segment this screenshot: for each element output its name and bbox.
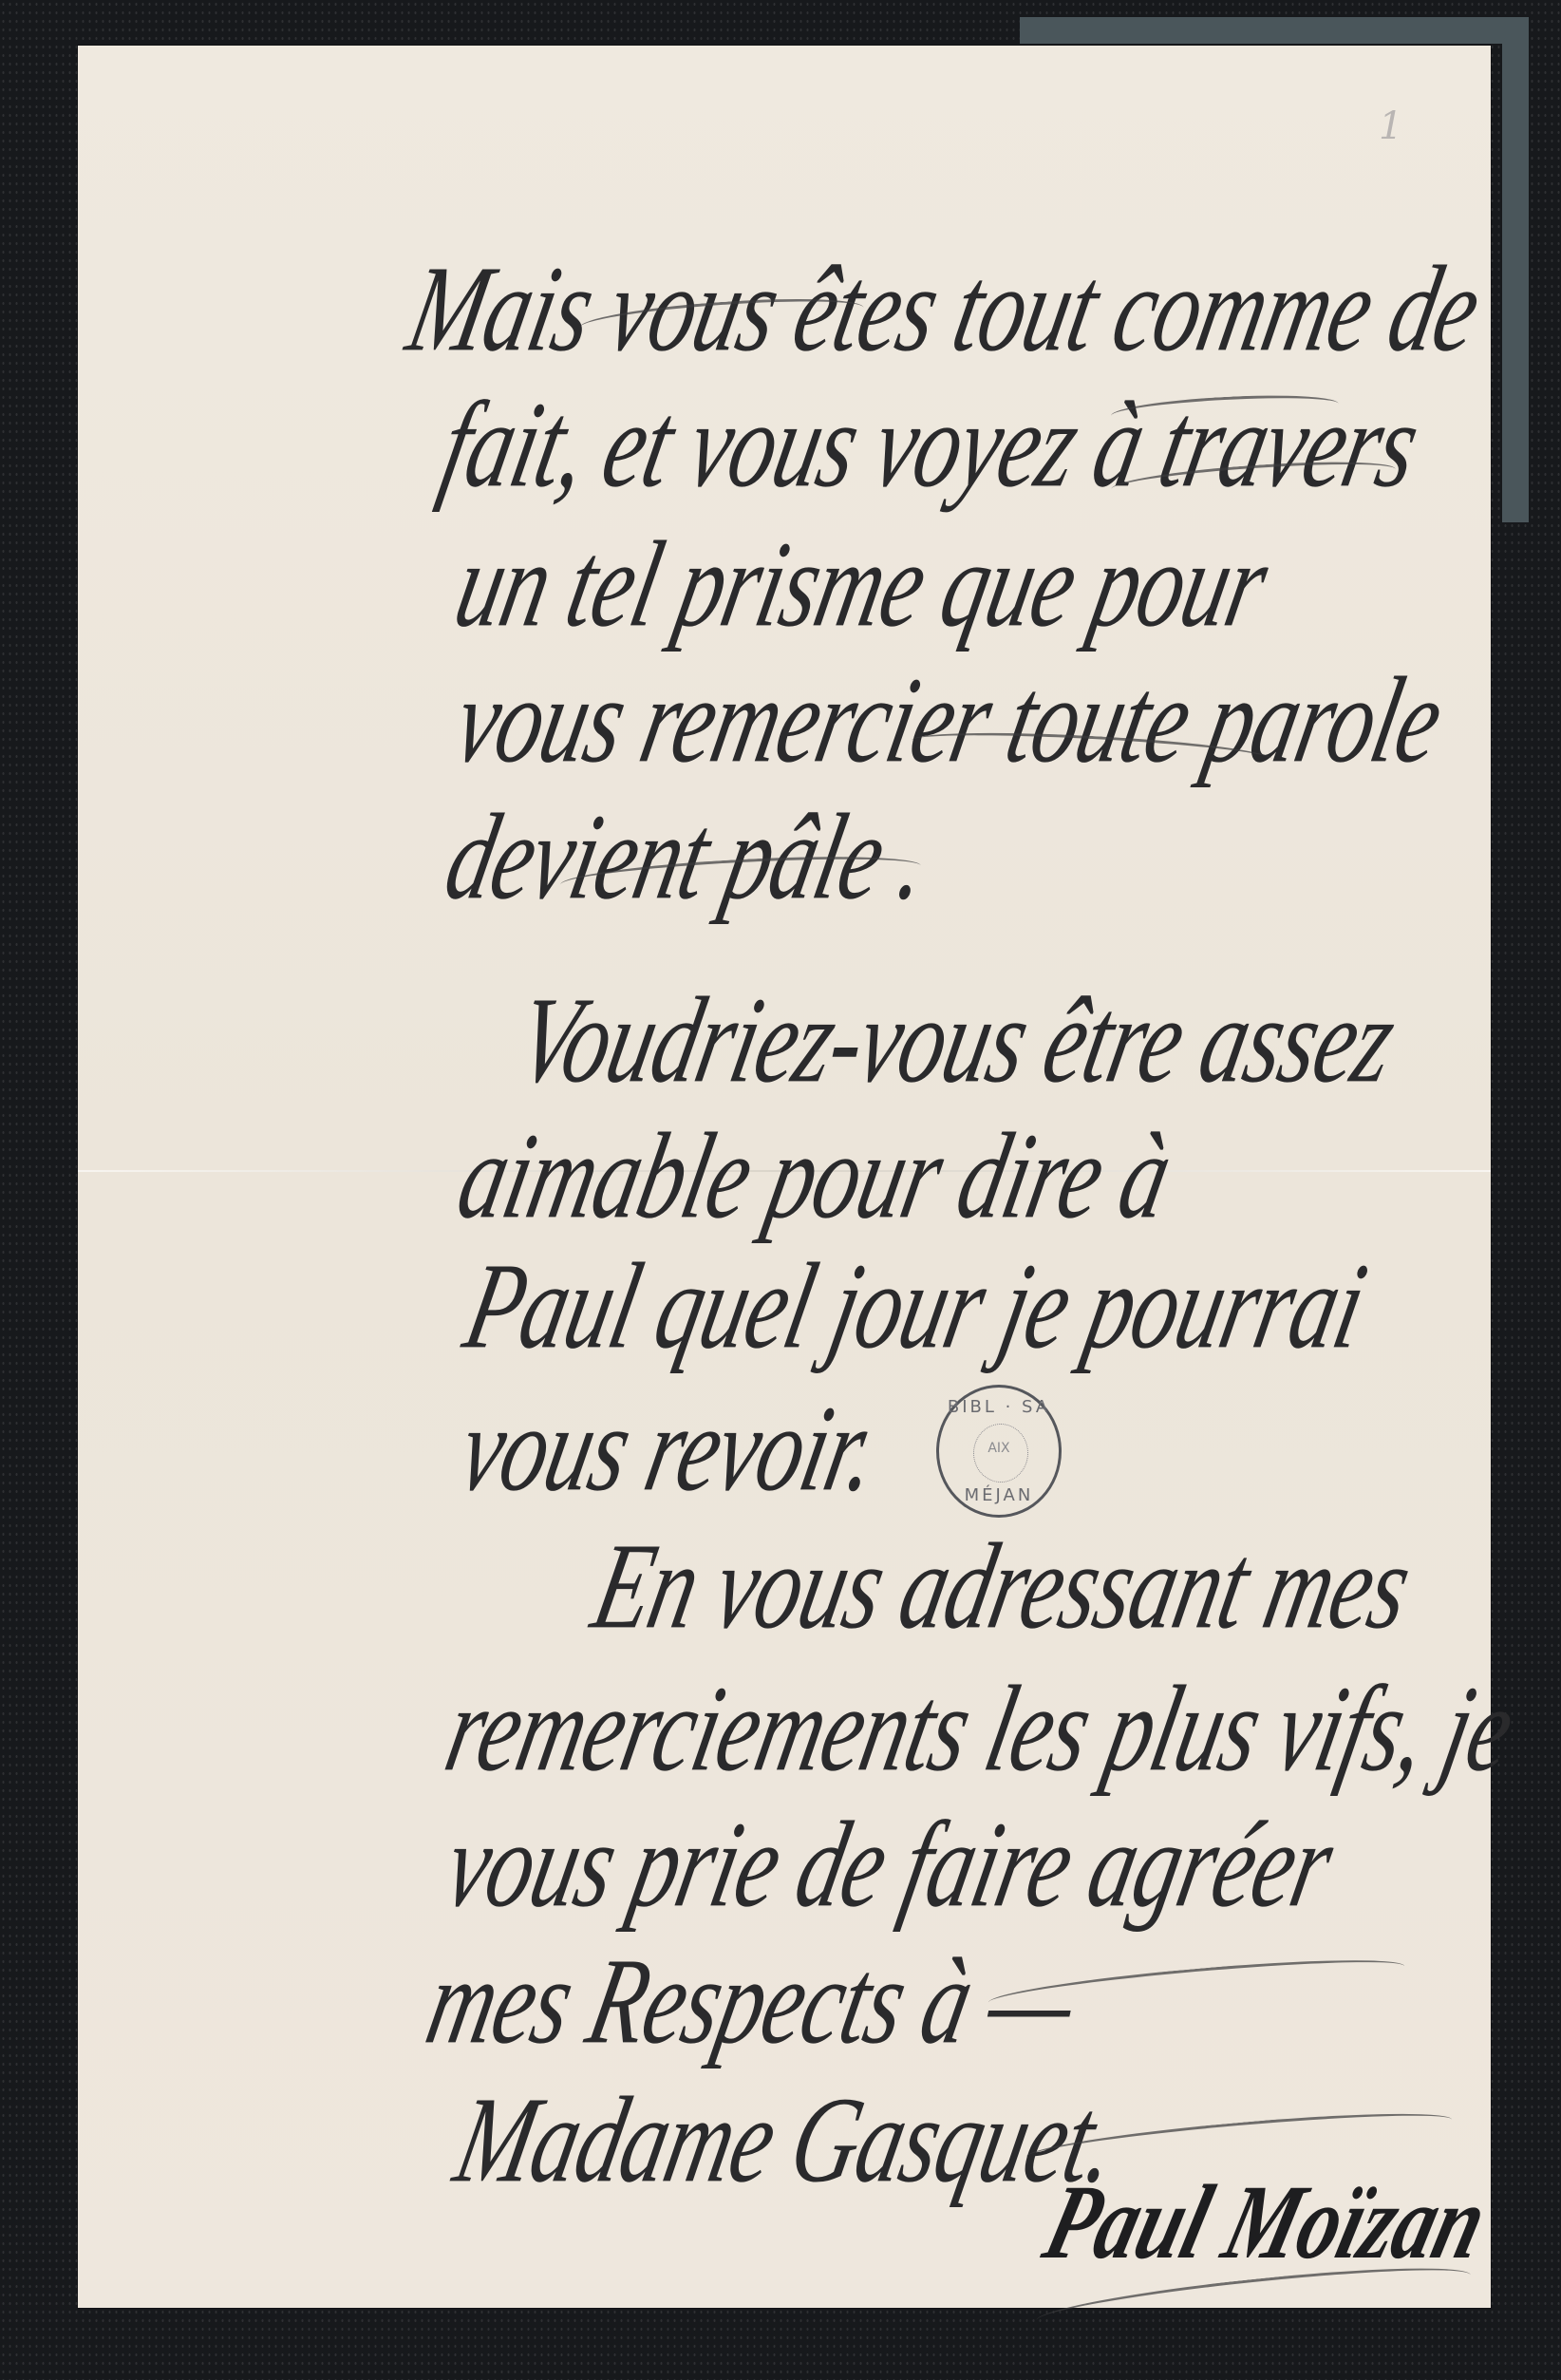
handwritten-line: En vous adressant mes bbox=[584, 1524, 1420, 1648]
handwritten-line: mes Respects à — bbox=[418, 1939, 1084, 2063]
stamp-top-text: BIBL · SA bbox=[939, 1397, 1059, 1417]
signature: Paul Moïzan bbox=[1035, 2168, 1496, 2275]
handwritten-line: vous revoir. bbox=[451, 1387, 888, 1510]
handwritten-line: un tel prisme que pour bbox=[446, 522, 1277, 646]
stamp-center-text: AIX bbox=[939, 1441, 1059, 1456]
handwritten-line: remerciements les plus vifs, je bbox=[437, 1667, 1523, 1790]
handwritten-line: Madame Gasquet. bbox=[446, 2078, 1126, 2201]
handwritten-line: Mais vous êtes tout comme de bbox=[399, 247, 1490, 370]
handwritten-line: Voudriez-vous être assez bbox=[508, 978, 1404, 1102]
page-number: 1 bbox=[1379, 104, 1402, 148]
handwritten-line: vous remercier toute parole bbox=[446, 658, 1452, 782]
handwritten-line: vous prie de faire agréer bbox=[437, 1803, 1342, 1926]
library-stamp: BIBL · SA AIX MÉJAN bbox=[936, 1385, 1062, 1518]
gray-mount-band-top bbox=[1020, 17, 1529, 44]
handwritten-line: Paul quel jour je pourrai bbox=[456, 1244, 1375, 1368]
stamp-bottom-text: MÉJAN bbox=[939, 1485, 1059, 1505]
handwritten-line: aimable pour dire à bbox=[449, 1114, 1180, 1237]
gray-mount-band-side bbox=[1502, 17, 1529, 522]
